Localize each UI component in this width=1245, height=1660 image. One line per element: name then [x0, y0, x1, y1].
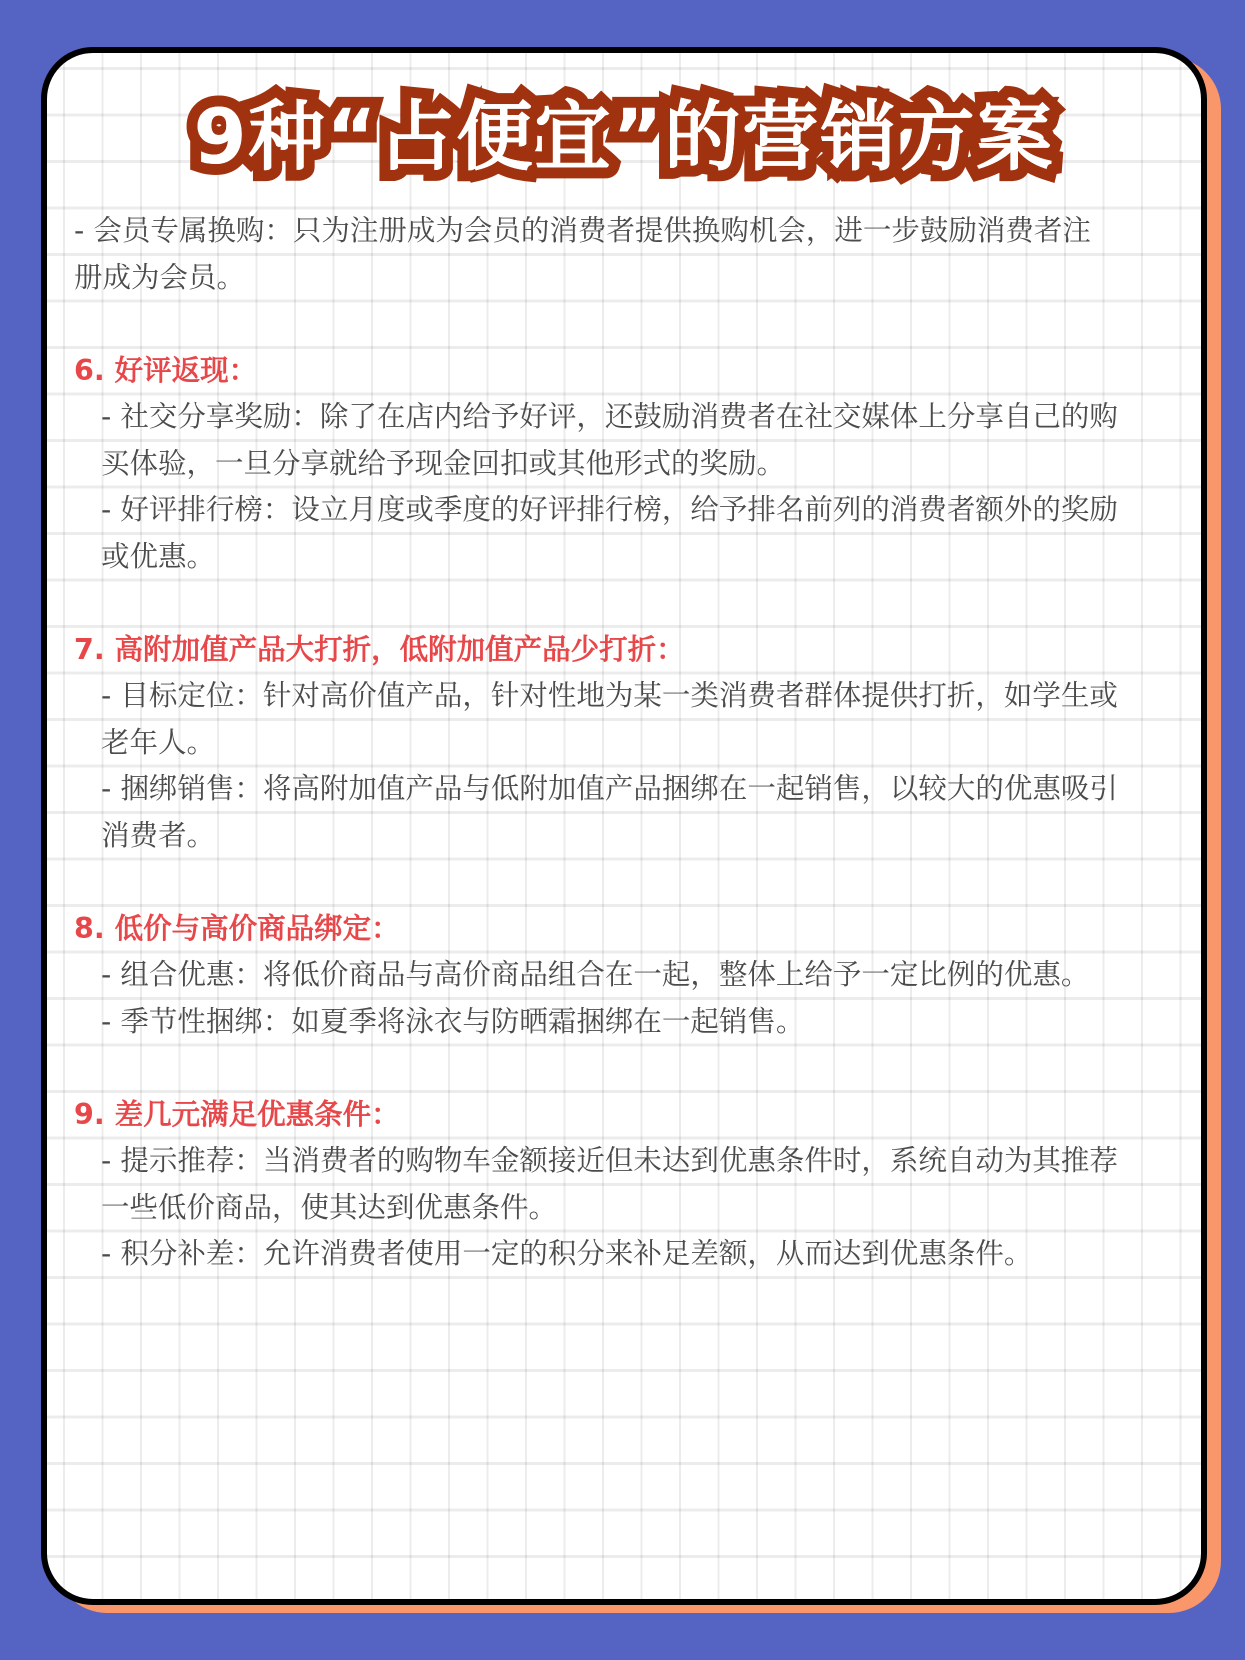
section-item: - 捆绑销售：将高附加值产品与低附加值产品捆绑在一起销售，以较大的优惠吸引消费者… [74, 766, 1119, 859]
section-7: 7. 高附加值产品大打折，低附加值产品少打折： - 目标定位：针对高价值产品，针… [74, 627, 1119, 860]
section-heading: 9. 差几元满足优惠条件： [74, 1092, 1119, 1139]
section-item: - 组合优惠：将低价商品与高价商品组合在一起，整体上给予一定比例的优惠。 [74, 952, 1119, 999]
section-6: 6. 好评返现： - 社交分享奖励：除了在店内给予好评，还鼓励消费者在社交媒体上… [74, 348, 1119, 581]
intro-item: - 会员专属换购：只为注册成为会员的消费者提供换购机会，进一步鼓励消费者注册成为… [74, 208, 1119, 301]
section-item: - 提示推荐：当消费者的购物车金额接近但未达到优惠条件时，系统自动为其推荐一些低… [74, 1138, 1119, 1231]
section-item: - 社交分享奖励：除了在店内给予好评，还鼓励消费者在社交媒体上分享自己的购买体验… [74, 394, 1119, 487]
section-item: - 目标定位：针对高价值产品，针对性地为某一类消费者群体提供打折，如学生或老年人… [74, 673, 1119, 766]
section-item: - 好评排行榜：设立月度或季度的好评排行榜，给予排名前列的消费者额外的奖励或优惠… [74, 487, 1119, 580]
section-heading: 7. 高附加值产品大打折，低附加值产品少打折： [74, 627, 1119, 674]
spacer [74, 1045, 1119, 1092]
content-body: - 会员专属换购：只为注册成为会员的消费者提供换购机会，进一步鼓励消费者注册成为… [74, 208, 1119, 1278]
spacer [74, 301, 1119, 348]
section-9: 9. 差几元满足优惠条件： - 提示推荐：当消费者的购物车金额接近但未达到优惠条… [74, 1092, 1119, 1278]
section-heading: 6. 好评返现： [74, 348, 1119, 395]
page-title: 9种“占便宜”的营销方案 [47, 89, 1201, 185]
spacer [74, 580, 1119, 627]
content-card: 9种“占便宜”的营销方案 9种“占便宜”的营销方案 - 会员专属换购：只为注册成… [41, 47, 1207, 1605]
section-heading: 8. 低价与高价商品绑定： [74, 906, 1119, 953]
spacer [74, 859, 1119, 906]
section-item: - 积分补差：允许消费者使用一定的积分来补足差额，从而达到优惠条件。 [74, 1231, 1119, 1278]
section-item: - 季节性捆绑：如夏季将泳衣与防晒霜捆绑在一起销售。 [74, 999, 1119, 1046]
section-8: 8. 低价与高价商品绑定： - 组合优惠：将低价商品与高价商品组合在一起，整体上… [74, 906, 1119, 1046]
